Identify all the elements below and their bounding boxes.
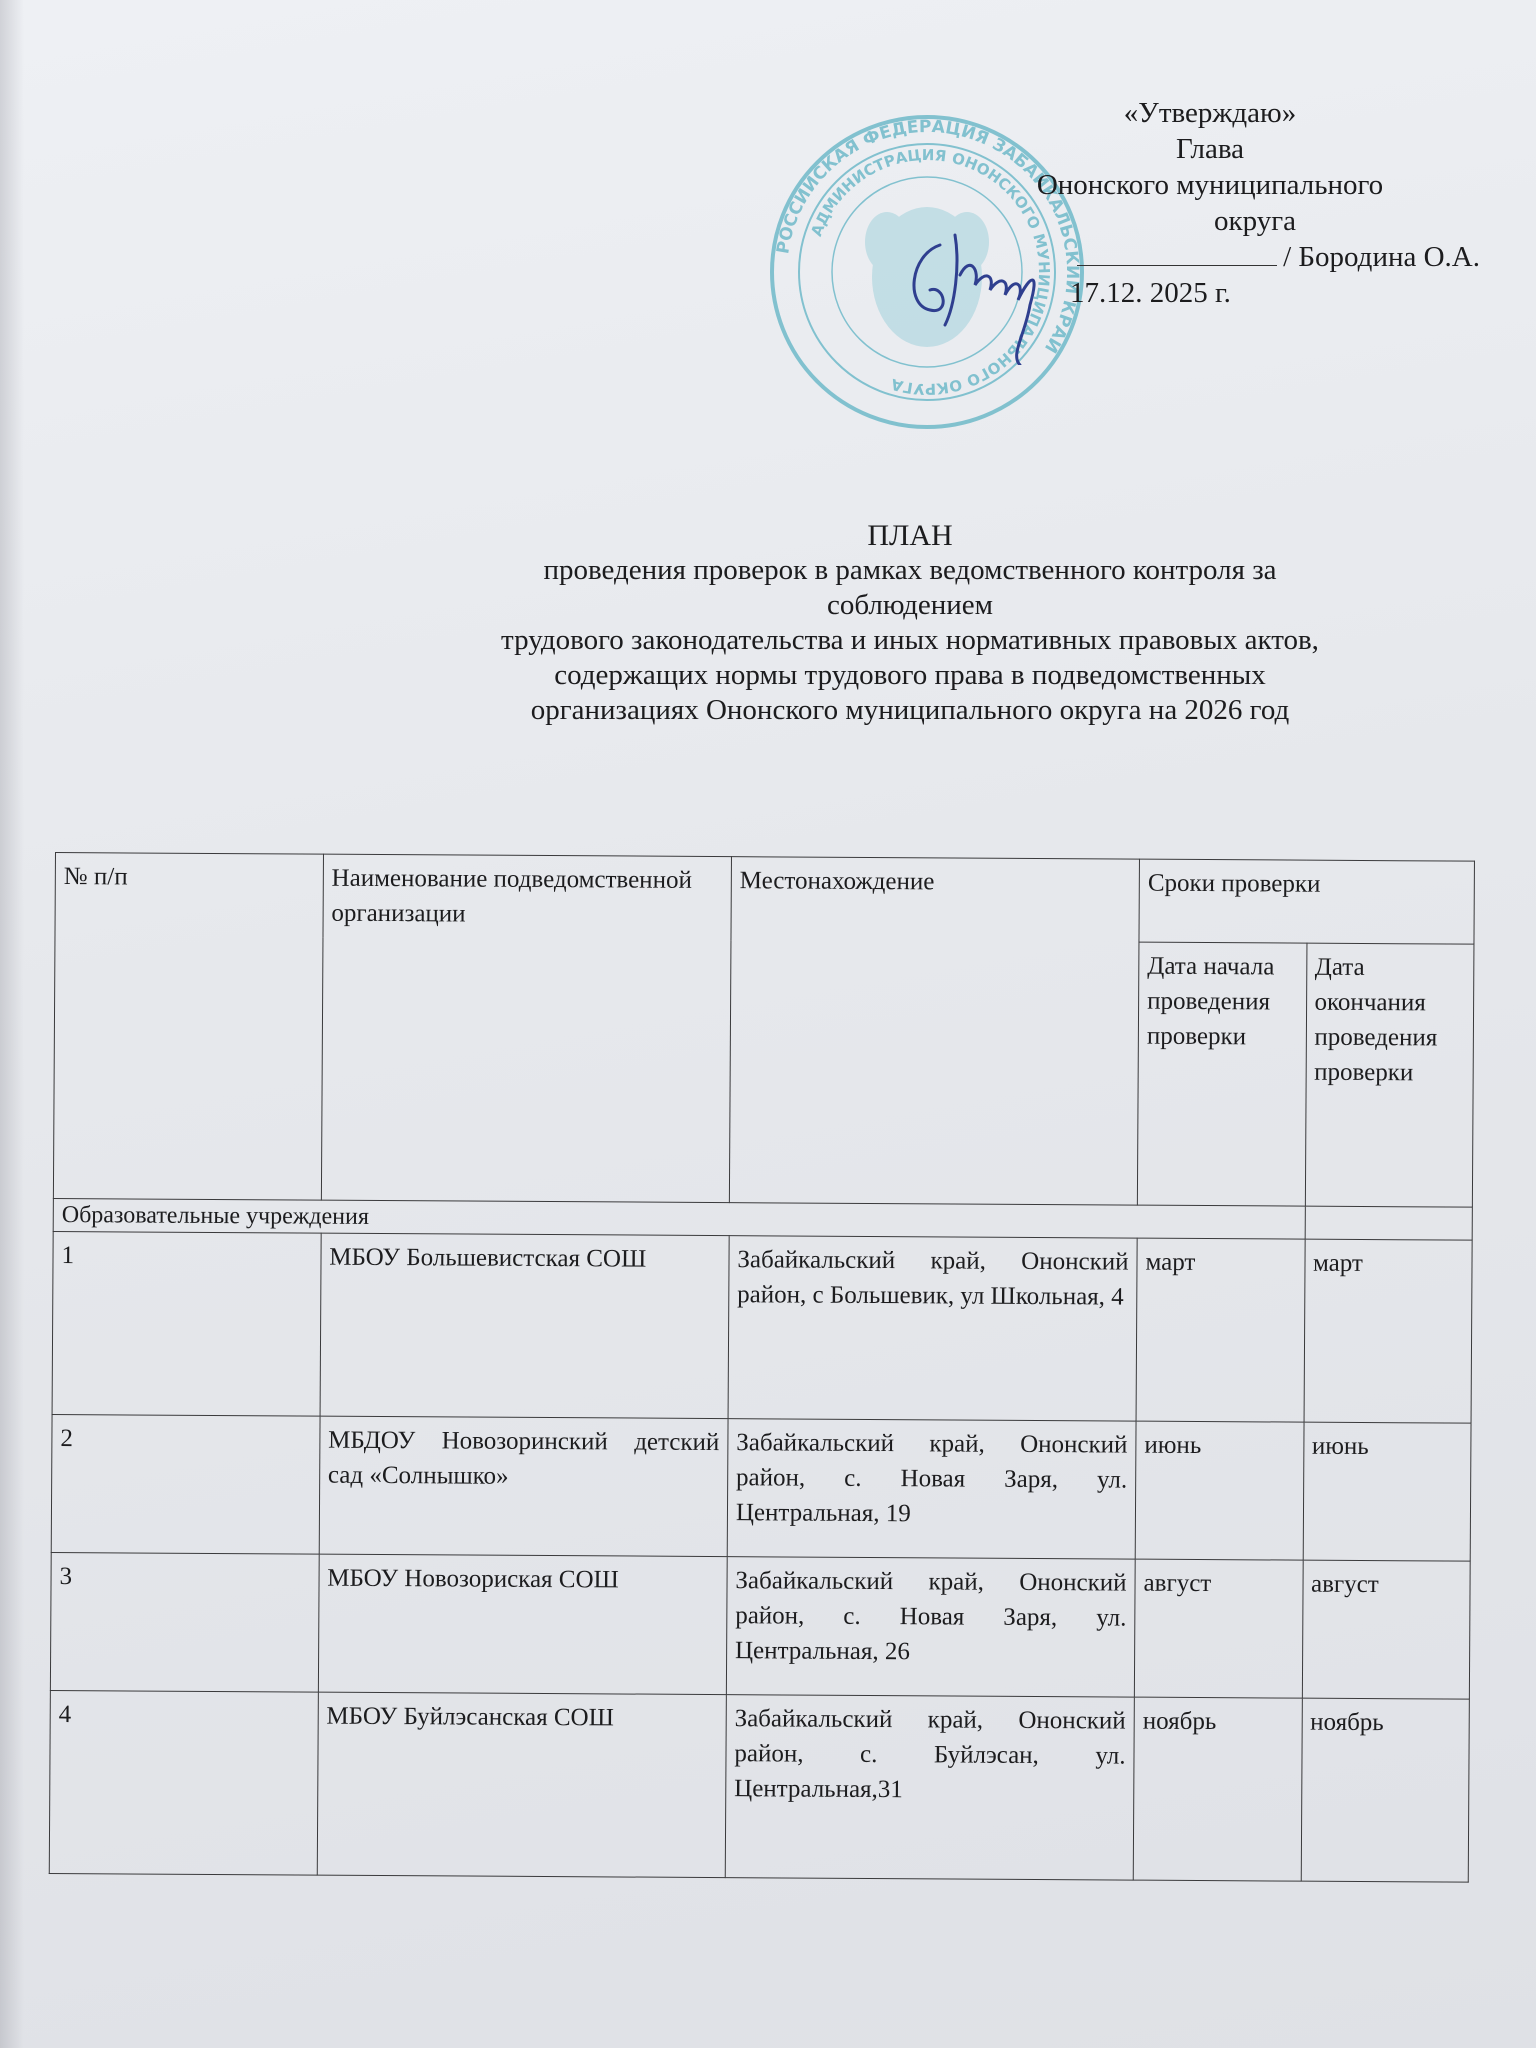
- header-end-date: Дата окончания проведения проверки: [1305, 943, 1474, 1207]
- title-line: соблюдением: [360, 588, 1460, 623]
- header-start-date: Дата начала проведения проверки: [1137, 942, 1306, 1206]
- table-row: 3 МБОУ Новозориская СОШ Забайкальский кр…: [50, 1552, 1470, 1699]
- section-empty-cell: [1305, 1206, 1473, 1240]
- title-heading: ПЛАН: [360, 518, 1460, 553]
- cell-name: МБДОУ Новозоринский детский сад «Солнышк…: [319, 1416, 728, 1556]
- cell-num: 4: [49, 1690, 318, 1875]
- cell-end: ноябрь: [1301, 1698, 1470, 1882]
- cell-num: 2: [51, 1414, 320, 1554]
- cell-location: Забайкальский край, Ононский район, с Бо…: [728, 1236, 1137, 1421]
- document-page: РОССИЙСКАЯ ФЕДЕРАЦИЯ ЗАБАЙКАЛЬСКИЙ КРАЙ …: [0, 0, 1536, 2048]
- cell-end: март: [1304, 1239, 1473, 1423]
- cell-location: Забайкальский край, Ононский район, с. Б…: [725, 1695, 1134, 1880]
- approval-position-line3: округа: [940, 203, 1480, 239]
- cell-end: август: [1302, 1560, 1470, 1699]
- table-header-row: № п/п Наименование подведомственной орга…: [55, 853, 1474, 945]
- title-line: организациях Ононского муниципального ок…: [360, 693, 1460, 728]
- table-row: 4 МБОУ Буйлэсанская СОШ Забайкальский кр…: [49, 1690, 1469, 1882]
- page-edge-shadow: [0, 0, 24, 2048]
- cell-name: МБОУ Новозориская СОШ: [318, 1554, 727, 1694]
- cell-name: МБОУ Буйлэсанская СОШ: [317, 1692, 726, 1877]
- title-line: трудового законодательства и иных нормат…: [360, 623, 1460, 658]
- cell-start: март: [1136, 1238, 1305, 1422]
- signatory-name: / Бородина О.А.: [1283, 241, 1480, 273]
- title-line: проведения проверок в рамках ведомственн…: [360, 553, 1460, 588]
- cell-start: ноябрь: [1133, 1697, 1302, 1881]
- inspection-plan-table: № п/п Наименование подведомственной орга…: [49, 852, 1475, 1883]
- cell-location: Забайкальский край, Ононский район, с. Н…: [726, 1557, 1135, 1697]
- header-period: Сроки проверки: [1139, 859, 1474, 944]
- table-row: 1 МБОУ Большевистская СОШ Забайкальский …: [52, 1231, 1472, 1423]
- signature-row: / Бородина О.А.: [940, 239, 1480, 275]
- cell-start: август: [1134, 1559, 1302, 1698]
- table-row: 2 МБДОУ Новозоринский детский сад «Солны…: [51, 1414, 1471, 1561]
- approval-position-line2: Ононского муниципального: [940, 167, 1480, 203]
- header-location: Местонахождение: [729, 857, 1139, 1205]
- header-num: № п/п: [53, 853, 323, 1201]
- approval-block: «Утверждаю» Глава Ононского муниципально…: [940, 95, 1480, 311]
- cell-num: 1: [52, 1231, 321, 1416]
- title-line: содержащих нормы трудового права в подве…: [360, 658, 1460, 693]
- approval-position-line1: Глава: [940, 131, 1480, 167]
- cell-location: Забайкальский край, Ононский район, с. Н…: [727, 1419, 1136, 1559]
- cell-num: 3: [50, 1552, 319, 1692]
- cell-end: июнь: [1303, 1422, 1471, 1561]
- signature-line: [1077, 241, 1277, 266]
- approval-date: 17.12. 2025 г.: [1070, 275, 1480, 311]
- cell-start: июнь: [1135, 1421, 1303, 1560]
- cell-name: МБОУ Большевистская СОШ: [320, 1233, 729, 1418]
- header-name: Наименование подведомственной организаци…: [321, 854, 731, 1202]
- approval-label: «Утверждаю»: [940, 95, 1480, 131]
- document-title: ПЛАН проведения проверок в рамках ведомс…: [360, 518, 1460, 728]
